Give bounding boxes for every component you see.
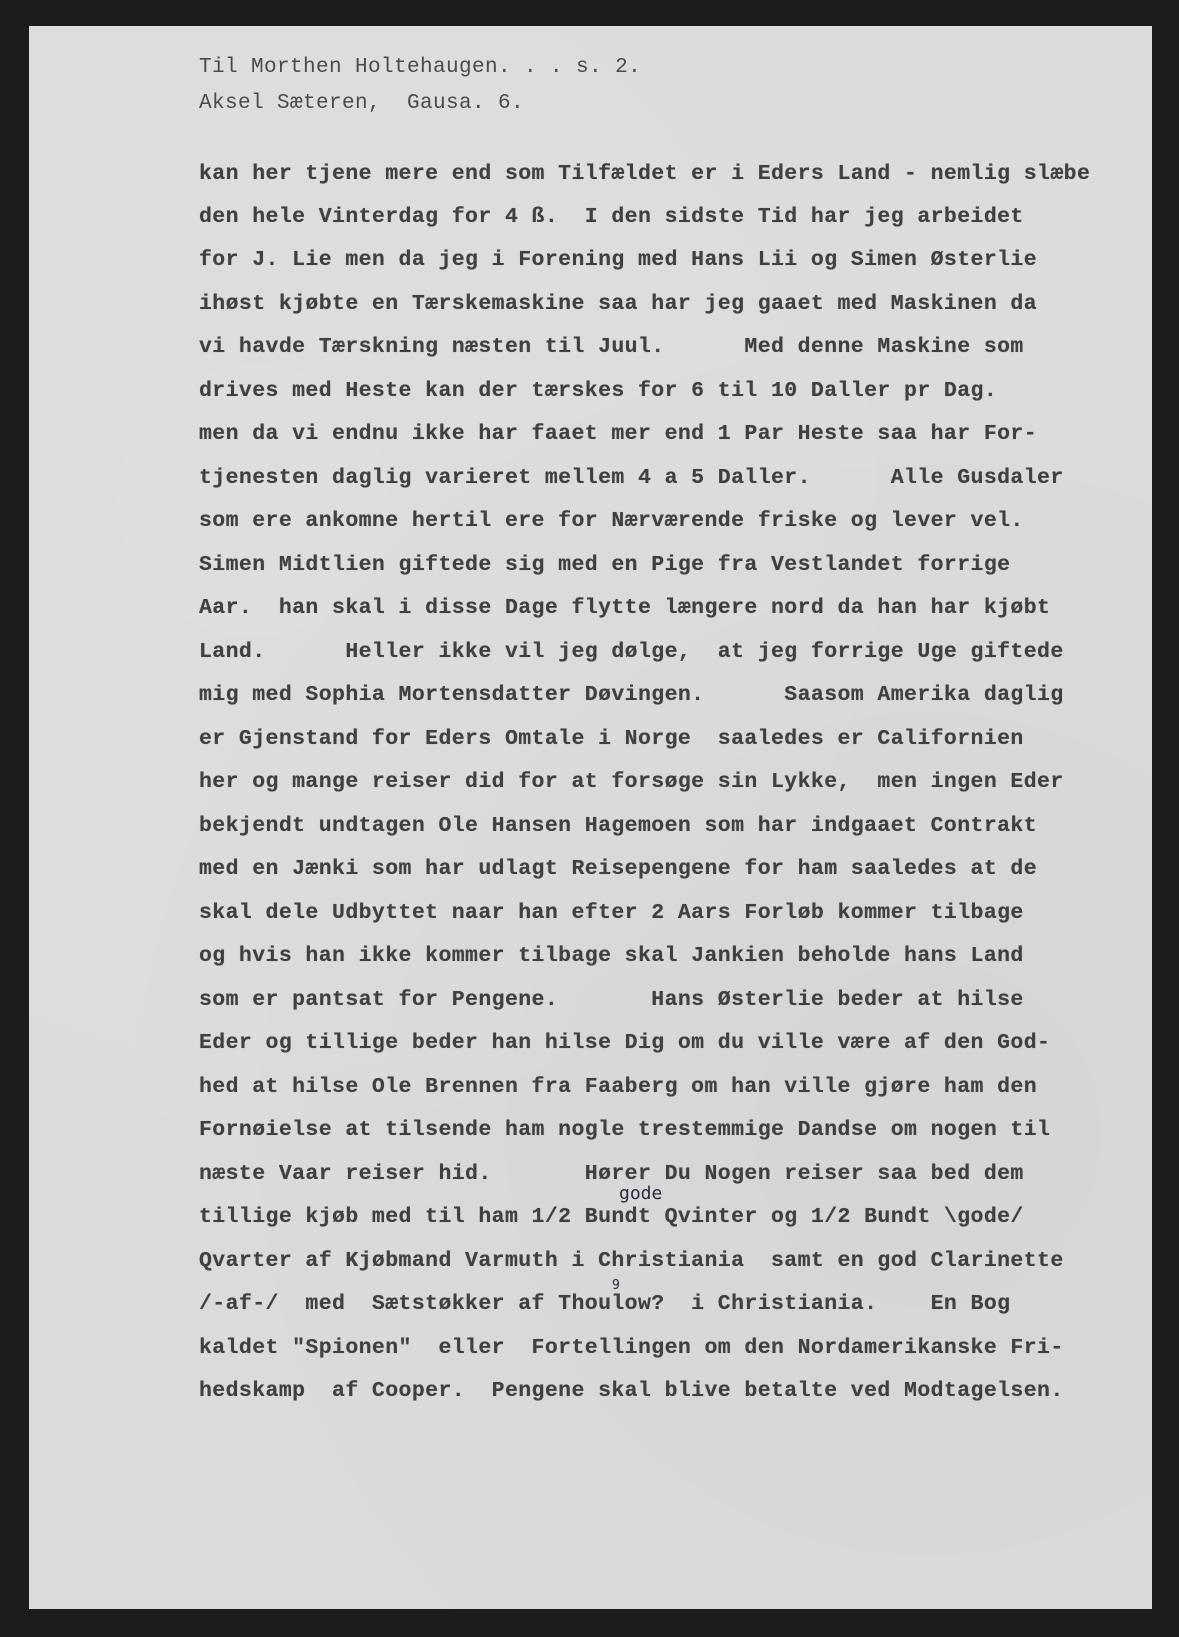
- body-line: Land. Heller ikke vil jeg dølge, at jeg …: [199, 640, 1064, 664]
- body-line: er Gjenstand for Eders Omtale i Norge sa…: [199, 727, 1024, 751]
- body-line: men da vi endnu ikke har faaet mer end 1…: [199, 422, 1037, 446]
- body-line: Aar. han skal i disse Dage flytte længer…: [199, 596, 1050, 620]
- body-line: Qvarter af Kjøbmand Varmuth i Christiani…: [199, 1249, 1064, 1273]
- body-line: Eder og tillige beder han hilse Dig om d…: [199, 1031, 1050, 1055]
- body-line: Fornøielse at tilsende ham nogle trestem…: [199, 1118, 1050, 1142]
- body-line: næste Vaar reiser hid. Hører Du Nogen re…: [199, 1162, 1024, 1186]
- body-line: tillige kjøb med til ham 1/2 Bundt Qvint…: [199, 1205, 1024, 1229]
- body-line: som ere ankomne hertil ere for Nærværend…: [199, 509, 1024, 533]
- body-line: bekjendt undtagen Ole Hansen Hagemoen so…: [199, 814, 1037, 838]
- body-line: kaldet "Spionen" eller Fortellingen om d…: [199, 1336, 1064, 1360]
- body-line: hedskamp af Cooper. Pengene skal blive b…: [199, 1379, 1064, 1403]
- body-line: skal dele Udbyttet naar han efter 2 Aars…: [199, 901, 1024, 925]
- body-line: kan her tjene mere end som Tilfældet er …: [199, 162, 1090, 186]
- body-line: her og mange reiser did for at forsøge s…: [199, 770, 1064, 794]
- body-line: som er pantsat for Pengene. Hans Østerli…: [199, 988, 1024, 1012]
- handwritten-insert-annotation: gode: [619, 1183, 662, 1204]
- body-line: og hvis han ikke kommer tilbage skal Jan…: [199, 944, 1024, 968]
- body-line: ihøst kjøbte en Tærskemaskine saa har je…: [199, 292, 1037, 316]
- body-line: Simen Midtlien giftede sig med en Pige f…: [199, 553, 1010, 577]
- header-line-2: Aksel Sæteren, Gausa. 6.: [199, 92, 524, 115]
- body-line: drives med Heste kan der tærskes for 6 t…: [199, 379, 997, 403]
- superscript-annotation: 9: [612, 1278, 620, 1293]
- document-page: Til Morthen Holtehaugen. . . s. 2. Aksel…: [29, 26, 1152, 1609]
- body-line: /-af-/ med Sætstøkker af Thoulow? i Chri…: [199, 1292, 1010, 1316]
- body-line: med en Jænki som har udlagt Reisepengene…: [199, 857, 1037, 881]
- body-line: den hele Vinterdag for 4 ß. I den sidste…: [199, 205, 1024, 229]
- body-line: vi havde Tærskning næsten til Juul. Med …: [199, 335, 1024, 359]
- header-line-1: Til Morthen Holtehaugen. . . s. 2.: [199, 56, 641, 79]
- body-line: hed at hilse Ole Brennen fra Faaberg om …: [199, 1075, 1037, 1099]
- body-line: tjenesten daglig varieret mellem 4 a 5 D…: [199, 466, 1064, 490]
- body-line: for J. Lie men da jeg i Forening med Han…: [199, 248, 1037, 272]
- body-line: mig med Sophia Mortensdatter Døvingen. S…: [199, 683, 1064, 707]
